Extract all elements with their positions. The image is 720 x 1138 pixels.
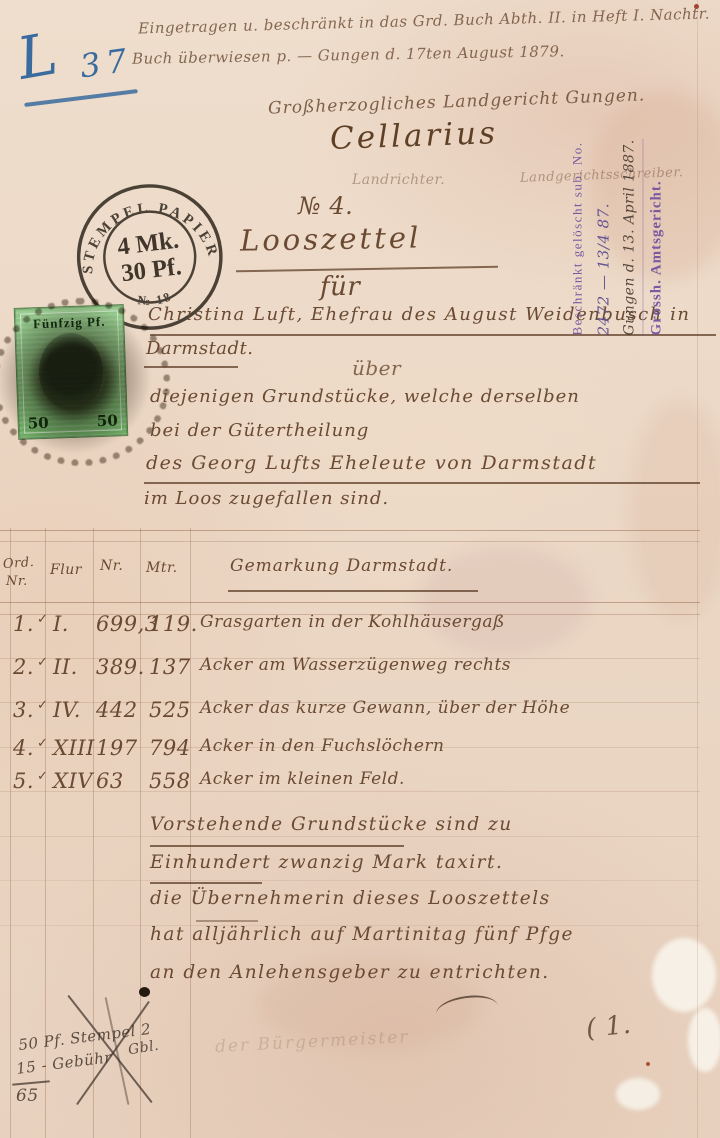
cell-flur: II. (53, 655, 78, 679)
cancellation-stamp-handwritten1: 2472 — 13/4 87. (591, 101, 617, 336)
cell-nr: 63 (96, 769, 124, 793)
cancellation-stamp-line4: Grossh. Amtsgericht. (644, 101, 670, 336)
valuation-line5: an den Anlehensgeber zu entrichten. (150, 962, 550, 983)
valuation-underline1 (150, 845, 404, 847)
table-row: 2. ✓ II. 389. 137 Acker am Wasserzügenwe… (0, 655, 720, 695)
table-header-mtr: Mtr. (146, 560, 178, 576)
official-title-left: Landrichter. (352, 172, 445, 188)
scanned-document-page: L 37 Eingetragen u. beschränkt in das Gr… (0, 0, 720, 1138)
recipient-place: Darmstadt. (146, 338, 254, 359)
ink-blot (139, 987, 150, 997)
checkmark-icon: ✓ (37, 655, 48, 670)
table-header-nr: Nr. (100, 558, 123, 574)
gemarkung-underline (228, 590, 478, 592)
grantor-underline (144, 482, 700, 484)
paper-stain (630, 400, 720, 620)
checkmark-icon: ✓ (37, 698, 48, 713)
cell-ord: 2. (13, 655, 34, 679)
cell-description: Grasgarten in der Kohlhäusergaß (200, 612, 505, 632)
cell-flur: I. (53, 612, 69, 636)
valuation-line3: die Übernehmerin dieses Looszettels (150, 888, 551, 909)
paper-damage-spot (688, 1008, 720, 1072)
document-heading: Looszettel (240, 220, 422, 257)
paper-crease (697, 0, 698, 1138)
cell-mtr: 137 (149, 655, 191, 679)
fee-note: Gbl. (127, 1038, 160, 1059)
cell-flur: IV. (53, 698, 81, 722)
cell-ord: 5. (13, 769, 34, 793)
valuation-line2: Einhundert zwanzig Mark taxirt. (150, 852, 503, 873)
valuation-dash (196, 920, 258, 922)
cell-flur: XIV (53, 769, 93, 793)
table-rule (0, 602, 700, 603)
cell-ord: 3. (13, 698, 34, 722)
checkmark-icon: ✓ (37, 612, 48, 627)
table-header-gemarkung: Gemarkung Darmstadt. (230, 556, 453, 576)
cell-mtr: 794 (149, 736, 191, 760)
cell-flur: XIII (53, 736, 95, 760)
ink-speck (646, 1062, 650, 1066)
cell-mtr: 119. (149, 612, 198, 636)
table-row: 5. ✓ XIV 63 558 Acker im kleinen Feld. (0, 769, 720, 809)
court-cancellation-stamp: Beschränkt gelöscht sub. No. 2472 — 13/4… (565, 101, 671, 336)
paraph-mark: ( 1. (585, 1010, 633, 1045)
registry-annotation-line1: Eingetragen u. beschränkt in das Grd. Bu… (138, 5, 710, 38)
checkmark-icon: ✓ (37, 736, 48, 751)
cell-mtr: 558 (149, 769, 191, 793)
table-header-ord-nr: Nr. (6, 574, 28, 589)
recipient-place-underline (144, 366, 238, 368)
table-header-flur: Flur (50, 562, 82, 578)
cell-description: Acker in den Fuchslöchern (200, 736, 445, 756)
cell-description: Acker das kurze Gewann, über der Höhe (200, 698, 570, 718)
cell-ord: 4. (13, 736, 34, 760)
paper-damage-spot (652, 938, 716, 1012)
judge-signature: Cellarius (329, 115, 498, 157)
fee-total: 65 (16, 1086, 39, 1106)
registry-annotation-line2: Buch überwiesen p. — Gungen d. 17ten Aug… (132, 42, 565, 68)
table-header-ord: Ord. (3, 555, 35, 572)
cancellation-stamp-handwritten2: Gungen d. 13. April 1887. (617, 139, 644, 335)
about-word: über (352, 356, 401, 380)
cell-description: Acker im kleinen Feld. (200, 769, 405, 789)
cell-description: Acker am Wasserzügenweg rechts (200, 655, 511, 675)
cell-mtr: 525 (149, 698, 191, 722)
cell-nr: 442 (96, 698, 138, 722)
cell-nr: 389. (96, 655, 145, 679)
registry-mark-number: 37 (78, 41, 135, 86)
closing-line: im Loos zugefallen sind. (144, 488, 389, 509)
document-number: № 4. (298, 192, 353, 220)
valuation-underline2 (150, 882, 262, 884)
valuation-line4: hat alljährlich auf Martinitag fünf Pfge (150, 924, 574, 945)
cell-ord: 1. (13, 612, 34, 636)
cancellation-stamp-line1: Beschränkt gelöscht sub. No. (565, 101, 591, 336)
heading-underline (236, 266, 498, 272)
grantor-line: des Georg Lufts Eheleute von Darmstadt (146, 452, 597, 474)
registry-mark-letter: L (12, 19, 62, 93)
cell-nr: 197 (96, 736, 138, 760)
paper-damage-spot (616, 1078, 660, 1110)
table-rule (0, 836, 700, 837)
heading-preposition: für (320, 272, 360, 302)
registry-mark-underline (24, 89, 138, 107)
faint-bleedthrough-note: der Bürgermeister (215, 1027, 410, 1057)
table-rule (0, 880, 700, 881)
body-line1: diejenigen Grundstücke, welche derselben (150, 386, 580, 407)
checkmark-icon: ✓ (37, 769, 48, 784)
table-rule (0, 541, 700, 542)
valuation-line1: Vorstehende Grundstücke sind zu (150, 814, 513, 835)
table-row: 3. ✓ IV. 442 525 Acker das kurze Gewann,… (0, 698, 720, 738)
body-line2: bei der Gütertheilung (150, 420, 369, 441)
table-row: 1. ✓ I. 699,3 119. Grasgarten in der Koh… (0, 612, 720, 652)
table-rule (0, 530, 700, 531)
